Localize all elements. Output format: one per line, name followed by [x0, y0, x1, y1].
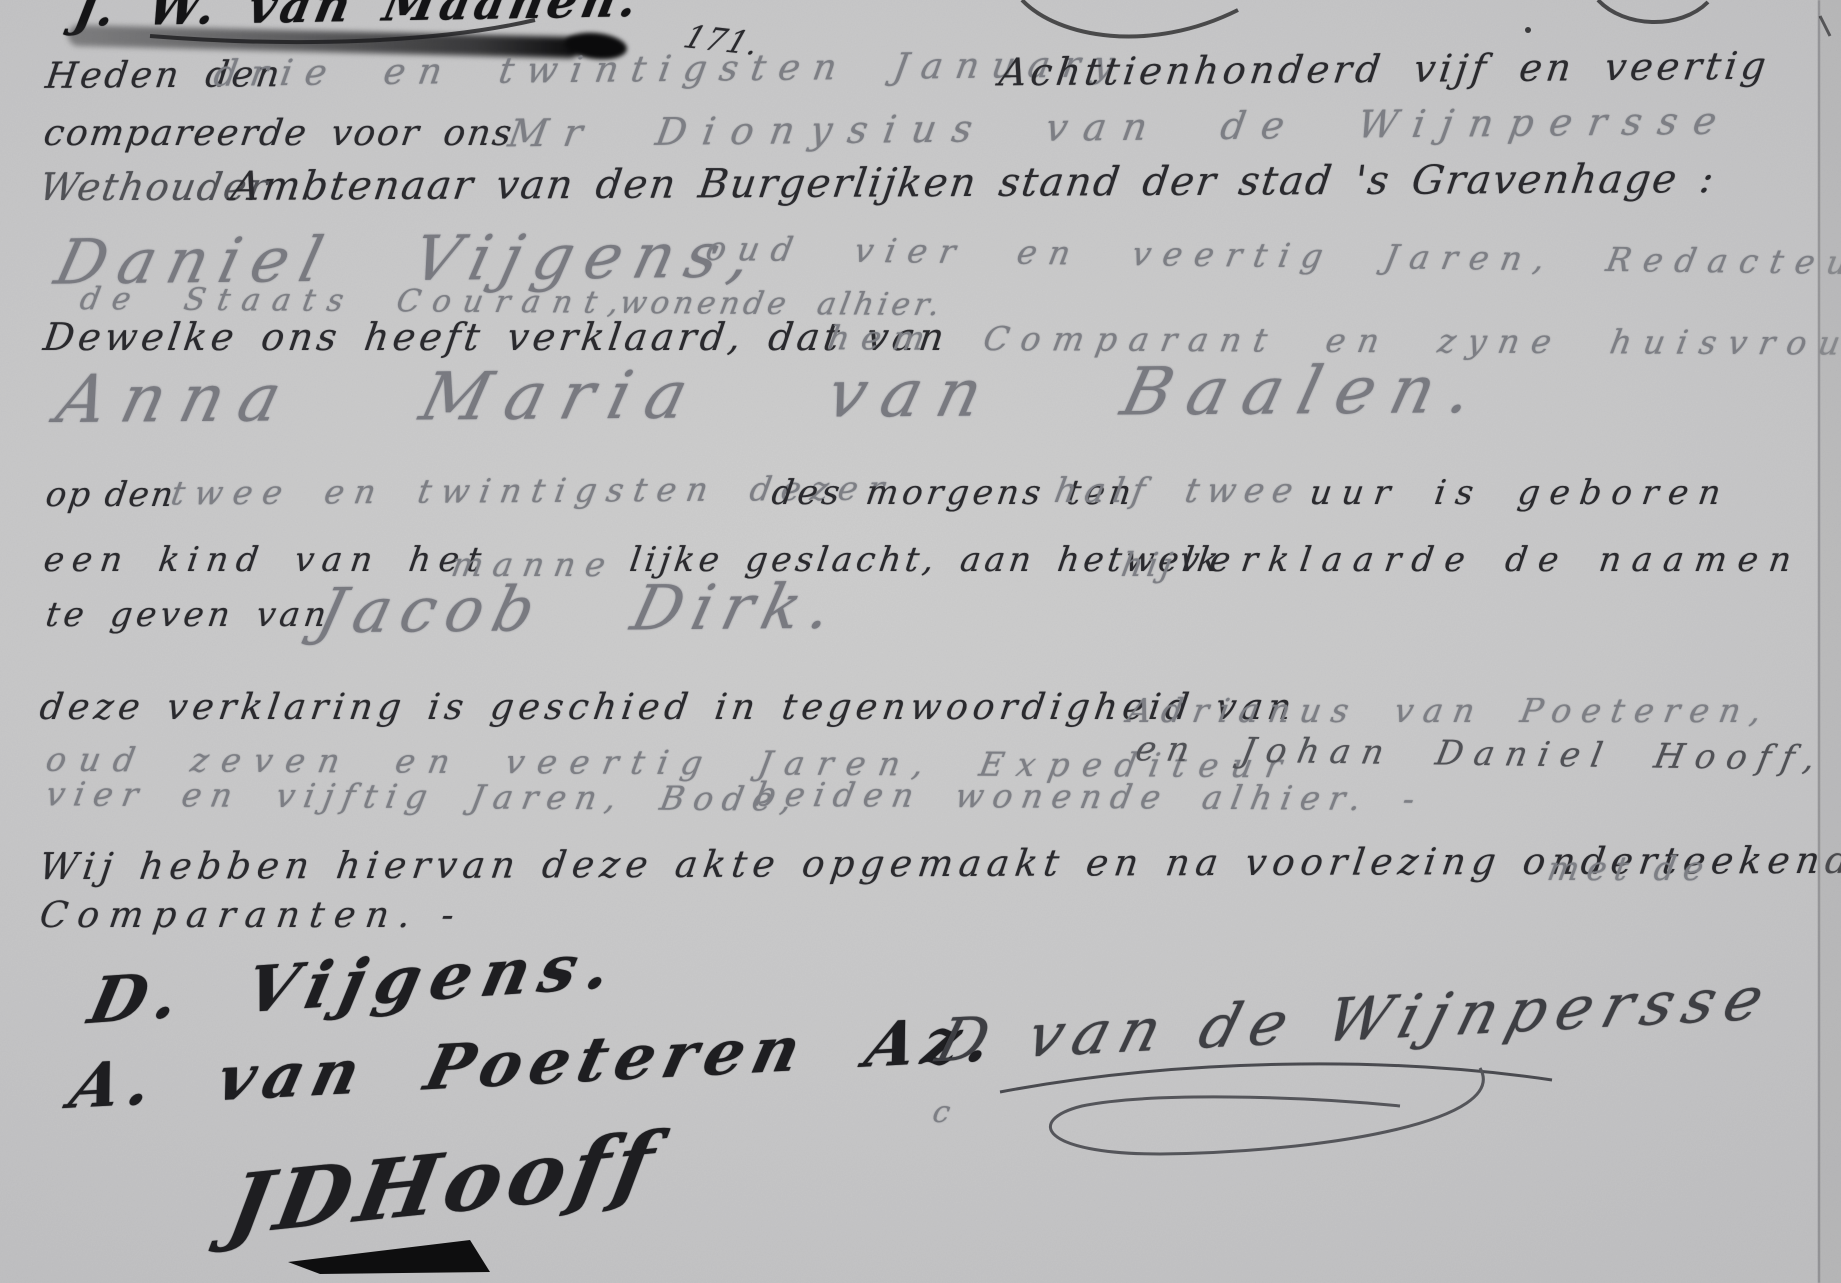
- child-pre: een kind van het: [42, 543, 492, 577]
- signature-wedge-stroke: [288, 1240, 490, 1274]
- signature-declarant: D. Vijgens.: [84, 934, 627, 1034]
- official-signature-paraph-loop: [1050, 1068, 1483, 1154]
- line1-filled-date: drie en twintigsten January: [211, 47, 1129, 93]
- line3-printed: Ambtenaar van den Burgerlijken stand der…: [229, 159, 1718, 207]
- declarant-age-profession: oud vier en veertig Jaren, Redacteur van: [703, 232, 1841, 281]
- signature-paraph-mark: c: [930, 1098, 952, 1128]
- signature-witness2: JDHooff: [222, 1120, 666, 1247]
- page-edge-band: [1820, 0, 1841, 1283]
- child-filled-hij: hij: [1119, 548, 1179, 581]
- child-name: Jacob Dirk.: [312, 576, 848, 643]
- witness2-details: vier en vijftig Jaren, Bode,: [43, 777, 803, 815]
- closing-met-de: met de: [1545, 852, 1714, 885]
- witness1-name: Adrianus van Poeteren,: [1125, 694, 1774, 727]
- child-names-pre: verklaarde de naamen: [1178, 543, 1805, 577]
- scanned-birth-record-page: J. W. van Maanen. 171. Heden den drie en…: [0, 0, 1841, 1283]
- line1-year: Achttienhonderd vijf en veertig: [997, 47, 1772, 92]
- witnesses-intro: deze verklaring is geschied in tegenwoor…: [37, 690, 1298, 726]
- pen-flourish-top-right: [1598, 0, 1708, 22]
- birth-filled-time: half twee: [1052, 474, 1303, 508]
- declarant-statement-pre: Dewelke ons heeft verklaard, dat van: [41, 318, 950, 356]
- line2-official-name: Mr Dionysius van de Wijnpersse: [506, 102, 1736, 153]
- birth-on-the: op den: [44, 478, 178, 512]
- witnesses-both-residence: beiden wonende alhier. -: [752, 778, 1426, 816]
- signature-official: D van de Wijnpersse: [930, 969, 1779, 1072]
- declarant-profession-cont: de Staats Courant,: [78, 284, 634, 319]
- line2-pre: compareerde voor ons: [41, 116, 515, 152]
- pen-flourish-top-center: [1022, 0, 1238, 37]
- ink-dot: [1525, 27, 1531, 33]
- mother-name: Anna Maria van Baalen.: [51, 357, 1495, 433]
- closing-comparanten: Comparanten. -: [37, 898, 466, 934]
- birth-born-suffix: uur is geboren: [1308, 476, 1733, 510]
- child-to-give: te geven van: [44, 598, 333, 632]
